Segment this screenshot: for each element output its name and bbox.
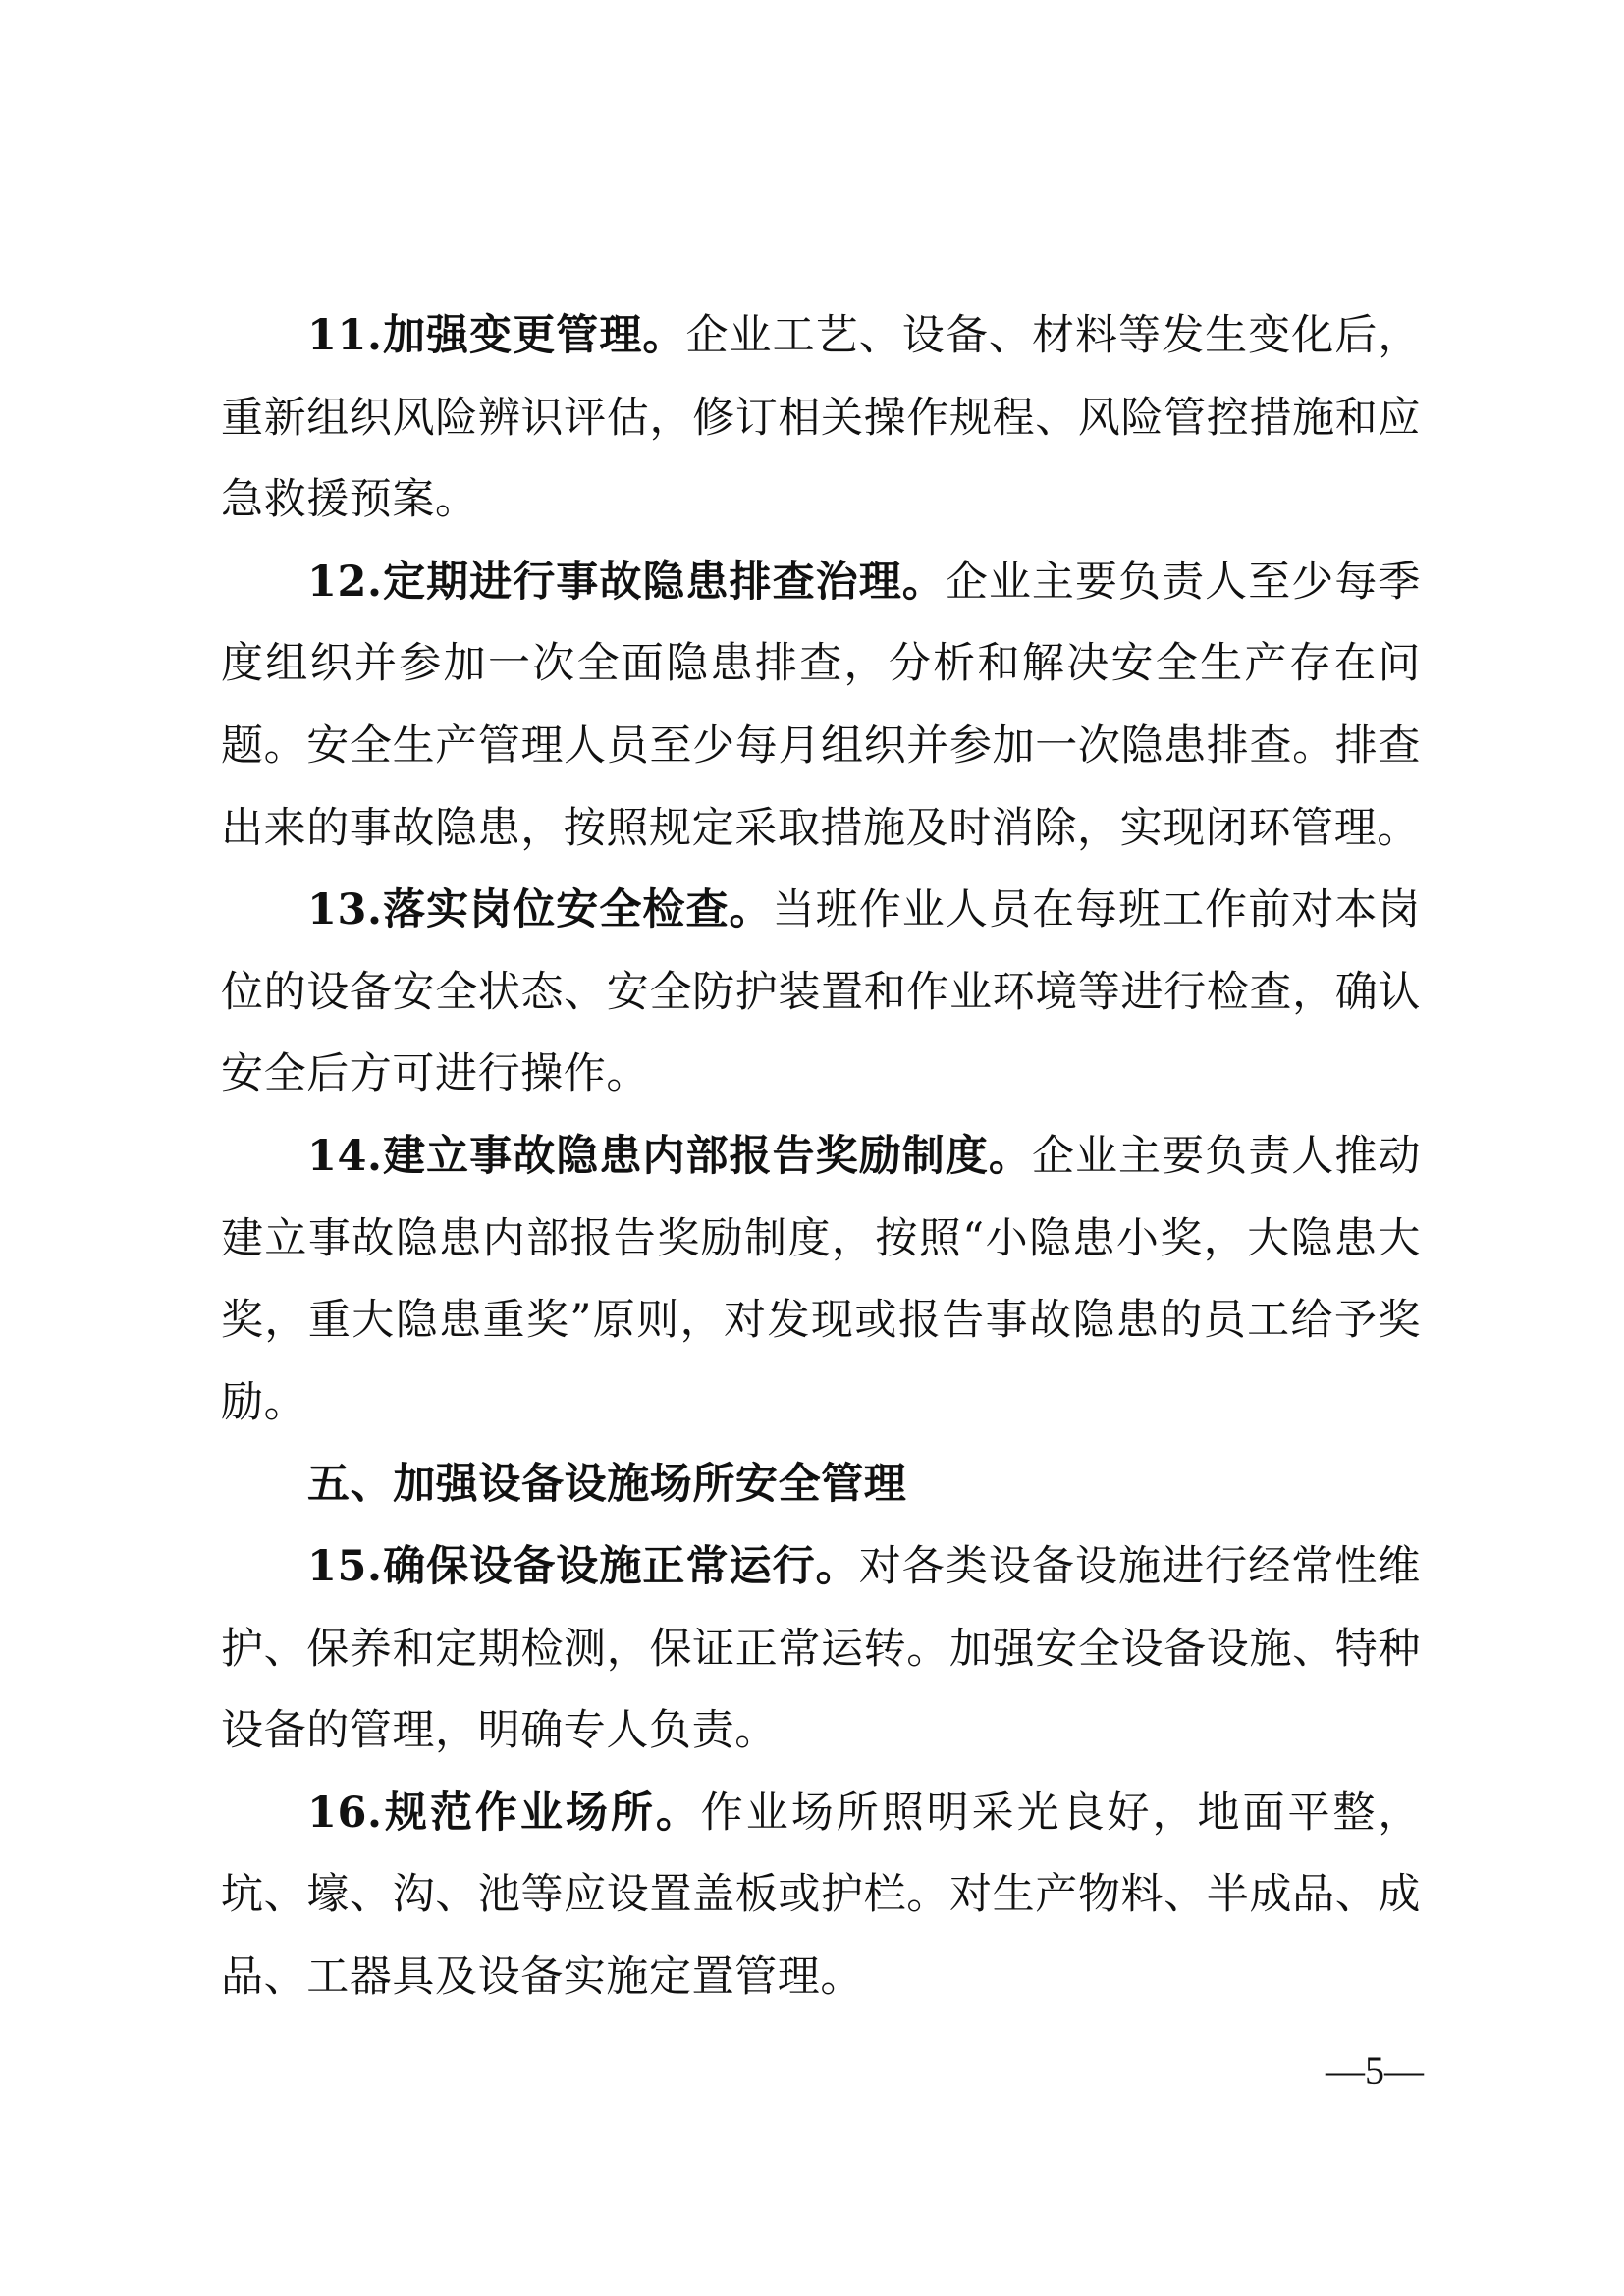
document-body: 11.加强变更管理。企业工艺、设备、材料等发生变化后，重新组织风险辨识评估，修订… bbox=[221, 295, 1421, 2018]
paragraph-lead: 15.确保设备设施正常运行。 bbox=[307, 1542, 859, 1591]
paragraph-16: 16.规范作业场所。作业场所照明采光良好，地面平整，坑、壕、沟、池等应设置盖板或… bbox=[221, 1773, 1421, 2019]
paragraph-11: 11.加强变更管理。企业工艺、设备、材料等发生变化后，重新组织风险辨识评估，修订… bbox=[221, 295, 1421, 542]
paragraph-lead: 14.建立事故隐患内部报告奖励制度。 bbox=[307, 1132, 1032, 1181]
paragraph-lead: 16.规范作业场所。 bbox=[307, 1789, 701, 1838]
paragraph-15: 15.确保设备设施正常运行。对各类设备设施进行经常性维护、保养和定期检测，保证正… bbox=[221, 1526, 1421, 1773]
section-heading: 五、加强设备设施场所安全管理 bbox=[221, 1444, 1421, 1526]
paragraph-lead: 11.加强变更管理。 bbox=[307, 311, 685, 360]
paragraph-14: 14.建立事故隐患内部报告奖励制度。企业主要负责人推动建立事故隐患内部报告奖励制… bbox=[221, 1116, 1421, 1444]
paragraph-lead: 12.定期进行事故隐患排查治理。 bbox=[307, 558, 946, 607]
document-page: 11.加强变更管理。企业工艺、设备、材料等发生变化后，重新组织风险辨识评估，修订… bbox=[0, 0, 1624, 2296]
paragraph-13: 13.落实岗位安全检查。当班作业人员在每班工作前对本岗位的设备安全状态、安全防护… bbox=[221, 870, 1421, 1116]
paragraph-12: 12.定期进行事故隐患排查治理。企业主要负责人至少每季度组织并参加一次全面隐患排… bbox=[221, 542, 1421, 870]
paragraph-lead: 13.落实岗位安全检查。 bbox=[307, 885, 773, 934]
page-number: —5— bbox=[1316, 2048, 1434, 2094]
